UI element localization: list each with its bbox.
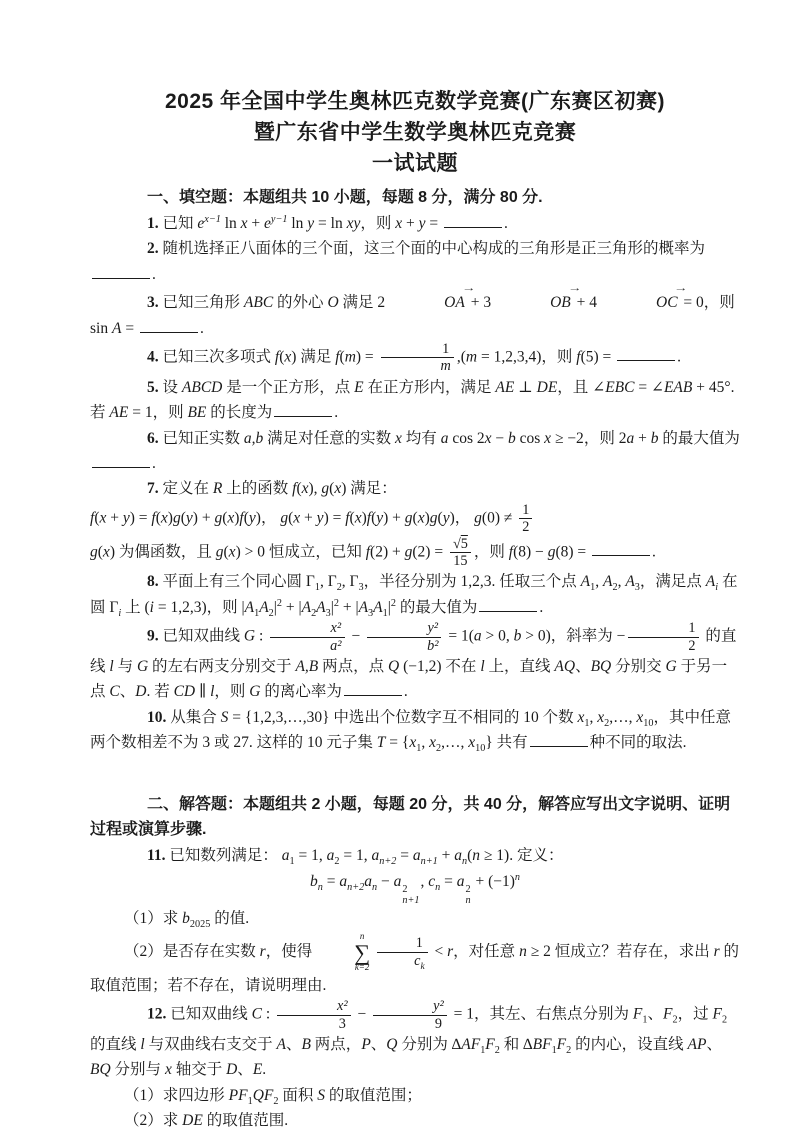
math-text: (2) = — [412, 543, 447, 560]
math-text: = ln — [314, 215, 346, 232]
math-variable: BQ — [90, 1061, 111, 1078]
math-text: (2) + — [370, 543, 405, 560]
math-variable: x — [302, 480, 309, 497]
math-variable: C — [109, 683, 119, 700]
text-run: ，满足点 — [640, 573, 706, 590]
math-text: − — [617, 628, 626, 645]
text-run: 两点， — [311, 1036, 361, 1053]
text-run: ，则 — [584, 430, 619, 447]
question-11-equation: bn = an+2an − a2n+1, cn = a2n + (−1)n — [90, 869, 740, 907]
question-7-conditions: g(x) 为偶函数，且 g(x) > 0 恒成立，已知 f(2) + g(2) … — [90, 536, 740, 570]
math-text: , — [421, 734, 429, 751]
math-variable: Q — [386, 1036, 397, 1053]
text-run: . — [504, 215, 508, 232]
question-6: 6. 已知正实数 a,b 满足对任意的实数 x 均有 a cos 2x − b … — [90, 426, 740, 477]
math-text: < — [431, 943, 448, 960]
math-text: = {1,2,3,…,30} — [228, 709, 329, 726]
text-run: 的取值范围. — [203, 1112, 288, 1129]
answer-blank — [140, 317, 198, 333]
text-run: 是一个正方形，点 — [222, 379, 354, 396]
text-run: ， — [261, 509, 280, 526]
math-variable: QF — [253, 1087, 274, 1104]
math-text: ln — [221, 215, 241, 232]
math-text: Γ — [306, 573, 315, 590]
math-variable: F — [485, 1036, 494, 1053]
text-run: ，则 — [153, 404, 188, 421]
math-text: ∠ — [592, 379, 605, 396]
subscript: n+2 — [379, 856, 396, 867]
text-run: （1）求 — [124, 910, 182, 927]
text-run: 设 — [159, 379, 182, 396]
math-text: − — [377, 873, 394, 890]
math-variable: y — [317, 509, 324, 526]
question-8: 8. 平面上有三个同心圆 Γ1, Γ2, Γ3，半径分别为 1,2,3. 任取三… — [90, 569, 740, 620]
math-variable: g — [321, 480, 329, 497]
math-variable: y — [249, 509, 256, 526]
math-variable: B — [301, 1036, 310, 1053]
math-text: + — [106, 509, 123, 526]
question-7-equations: f(x + y) = f(x)g(y) + g(x)f(y)， g(x + y)… — [90, 502, 740, 536]
text-run: 为偶函数，且 — [115, 543, 216, 560]
text-run: 平面上有三个同心圆 — [159, 573, 306, 590]
text-run: 分别与 — [111, 1061, 165, 1078]
math-variable: x — [161, 509, 168, 526]
fraction: y²b² — [367, 620, 441, 654]
exam-paper: 2025 年全国中学生奥林匹克数学竞赛(广东赛区初赛) 暨广东省中学生数学奥林匹… — [0, 0, 800, 1131]
math-text: cos 2 — [448, 430, 484, 447]
question-1: 1. 已知 ex−1 ln x + ey−1 ln y = ln xy，则 x … — [90, 211, 740, 236]
text-run: 已知数列满足： — [166, 847, 282, 864]
math-text: = ∠ — [634, 379, 663, 396]
text-run: 和 — [500, 1036, 523, 1053]
text-run: 在正方形内，满足 — [364, 379, 496, 396]
text-run: 、 — [237, 1061, 253, 1078]
question-number: 7. — [147, 480, 159, 497]
math-text: sin — [90, 320, 112, 337]
math-text: ,( — [457, 348, 466, 365]
math-text: = 1 — [450, 1006, 474, 1023]
subscript: k — [420, 962, 424, 972]
answer-blank — [444, 212, 502, 228]
math-variable: PF — [229, 1087, 248, 1104]
math-variable: BF — [533, 1036, 552, 1053]
math-variable: BQ — [591, 658, 612, 675]
math-variable: E — [354, 379, 363, 396]
math-variable: F — [557, 1036, 566, 1053]
text-run: （2）是否存在实数 — [124, 943, 260, 960]
math-variable: A — [625, 573, 634, 590]
question-number: 4. — [147, 348, 159, 365]
text-run: ， — [455, 509, 474, 526]
text-run: ，则 — [704, 294, 735, 311]
text-run: . — [152, 266, 156, 283]
radical-icon: √ — [453, 536, 461, 552]
math-text: + 45° — [692, 379, 730, 396]
text-run: . — [677, 348, 681, 365]
text-run: ，过 — [678, 1006, 713, 1023]
math-variable: g — [474, 509, 482, 526]
math-text: − — [354, 1006, 371, 1023]
math-text: ), — [309, 480, 322, 497]
text-run: ，则 — [474, 543, 509, 560]
question-number: 11. — [147, 847, 166, 864]
text-run: （2）求 — [124, 1112, 182, 1129]
text-run: 、 — [120, 683, 136, 700]
math-text: = 1,2,3) — [154, 599, 207, 616]
math-variable: AE — [495, 379, 514, 396]
text-run: . — [334, 404, 338, 421]
math-variable: G — [666, 658, 677, 675]
math-variable: b — [182, 910, 190, 927]
math-variable: x — [418, 509, 425, 526]
math-variable: x — [485, 430, 492, 447]
summation: n∑k=2 — [320, 932, 370, 973]
math-variable: A — [359, 599, 368, 616]
text-run: 的最大值为 — [396, 599, 477, 616]
text-run: 的值. — [210, 910, 249, 927]
vector-arrow: OA — [387, 287, 465, 315]
answer-blank — [530, 731, 588, 747]
exam-title-line-3: 一试试题 — [90, 148, 740, 179]
math-variable: R — [213, 480, 222, 497]
vector-arrow: OB — [493, 287, 571, 315]
answer-blank — [274, 401, 332, 417]
text-run: . — [200, 320, 204, 337]
math-text: 1,2,3 — [461, 573, 492, 590]
text-run: 、 — [371, 1036, 387, 1053]
text-run: 的长度为 — [206, 404, 272, 421]
text-run: ，其左、右焦点分别为 — [474, 1006, 633, 1023]
math-variable: DE — [537, 379, 558, 396]
math-text: + | — [282, 599, 302, 616]
math-variable: m — [466, 348, 477, 365]
math-text: + | — [339, 599, 359, 616]
math-text: > 0) — [521, 628, 550, 645]
text-run: 的直线 — [90, 1036, 140, 1053]
question-12-part-2: （2）求 DE 的取值范围. — [90, 1108, 740, 1131]
text-run: . — [262, 1061, 266, 1078]
text-run: 恒成立？若存在，求出 — [551, 943, 714, 960]
text-run: 已知正实数 — [159, 430, 244, 447]
math-text: (0) ≠ — [482, 509, 516, 526]
math-variable: ABCD — [182, 379, 222, 396]
math-text: + — [402, 215, 419, 232]
math-variable: A — [259, 599, 268, 616]
fraction: 12 — [519, 502, 532, 536]
text-run: 的最大值为 — [658, 430, 739, 447]
sub-superscript: 2n+1 — [402, 885, 419, 906]
text-run: ，半径分别为 — [364, 573, 461, 590]
text-run: . 若 — [146, 683, 173, 700]
text-run: 上的函数 — [222, 480, 292, 497]
answer-blank — [479, 596, 537, 612]
math-text: (8) − — [513, 543, 548, 560]
text-run: 均有 — [402, 430, 441, 447]
math-text: ≥ 2 — [527, 943, 551, 960]
question-10: 10. 从集合 S = {1,2,3,…,30} 中选出个位数字互不相同的 10… — [90, 705, 740, 756]
answer-blank — [92, 263, 150, 279]
text-run: 面积 — [278, 1087, 317, 1104]
text-run: 已知双曲线 — [159, 628, 244, 645]
sub-superscript: 2n — [465, 885, 470, 906]
superscript: n — [515, 872, 520, 883]
text-run: ，且 — [557, 379, 592, 396]
math-text: ∥ — [195, 683, 210, 700]
math-variable: x — [229, 543, 236, 560]
math-variable: y — [186, 509, 193, 526]
math-text: = 1( — [444, 628, 473, 645]
text-run: 满足： — [346, 480, 396, 497]
math-text: ln — [287, 215, 307, 232]
math-text: = — [426, 215, 443, 232]
text-run: 从集合 — [166, 709, 220, 726]
math-text: ⊥ — [514, 379, 536, 396]
math-variable: g — [280, 509, 288, 526]
math-text: , — [595, 573, 603, 590]
math-variable: g — [216, 543, 224, 560]
exam-title-line-1: 2025 年全国中学生奥林匹克数学竞赛(广东赛区初赛) — [90, 86, 740, 117]
math-variable: A — [302, 599, 311, 616]
math-text: = 1, — [295, 847, 327, 864]
text-run: 定义在 — [159, 480, 213, 497]
text-run: 、 — [647, 1006, 663, 1023]
text-run: 、 — [706, 1036, 722, 1053]
math-text: ≥ 1) — [480, 847, 509, 864]
math-variable: AF — [461, 1036, 480, 1053]
math-text: ∆ — [523, 1036, 532, 1053]
subscript: 2 — [722, 1015, 727, 1026]
math-variable: a — [394, 873, 402, 890]
math-variable: D — [226, 1061, 237, 1078]
math-variable: C — [252, 1006, 262, 1023]
question-number: 10. — [147, 709, 166, 726]
math-variable: g — [405, 509, 413, 526]
math-text: cos — [516, 430, 544, 447]
text-run: 分别为 — [398, 1036, 452, 1053]
math-variable: DE — [182, 1112, 203, 1129]
math-variable: F — [712, 1006, 721, 1023]
math-variable: P — [361, 1036, 370, 1053]
text-run: 中选出个位数字互不相同的 10 个数 — [330, 709, 578, 726]
math-variable: A — [276, 1036, 285, 1053]
subscript: 10 — [643, 718, 653, 729]
math-variable: G — [249, 683, 260, 700]
math-text: = 1 — [128, 404, 152, 421]
text-run: 的左右两支分别交于 — [148, 658, 295, 675]
math-text: (−1,2) — [399, 658, 445, 675]
math-variable: a — [339, 873, 347, 890]
math-text: = — [323, 873, 340, 890]
text-run: 恒成立，已知 — [265, 543, 366, 560]
answer-blank — [92, 452, 150, 468]
math-text: = 1,2,3,4) — [477, 348, 541, 365]
question-number: 3. — [147, 294, 159, 311]
math-variable: y — [419, 215, 426, 232]
math-text: : — [255, 628, 267, 645]
math-variable: A — [706, 573, 715, 590]
text-run: . 任取三个点 — [492, 573, 581, 590]
math-variable: A — [581, 573, 590, 590]
math-variable: E — [253, 1061, 262, 1078]
math-variable: n — [519, 943, 527, 960]
question-3: 3. 已知三角形 ABC 的外心 O 满足 2OA + 3OB + 4OC = … — [90, 287, 740, 341]
text-run: . — [652, 543, 656, 560]
question-11-part-1: （1）求 b2025 的值. — [90, 906, 740, 931]
math-variable: a — [474, 628, 482, 645]
text-run: 、 — [575, 658, 591, 675]
math-variable: n — [472, 847, 480, 864]
math-text: ,…, — [609, 709, 636, 726]
section-2-heading: 二、解答题：本题组共 2 小题，每题 20 分，共 40 分，解答应写出文字说明… — [90, 792, 740, 844]
math-variable: BE — [187, 404, 206, 421]
question-7-intro: 7. 定义在 R 上的函数 f(x), g(x) 满足： — [90, 476, 740, 501]
sigma-icon: ∑ — [320, 942, 370, 963]
question-number: 9. — [147, 628, 159, 645]
math-variable: A,B — [295, 658, 318, 675]
text-run: 两点，点 — [318, 658, 388, 675]
math-text: } — [485, 734, 492, 751]
math-variable: A — [373, 599, 382, 616]
subscript: 2025 — [190, 919, 210, 930]
math-text: , Γ — [342, 573, 359, 590]
math-text: = { — [385, 734, 409, 751]
math-variable: x — [429, 734, 436, 751]
text-run: . — [404, 683, 408, 700]
math-variable: EBC — [605, 379, 634, 396]
math-variable: g — [90, 543, 98, 560]
math-variable: ABC — [244, 294, 273, 311]
text-run: 的取值范围； — [325, 1087, 422, 1104]
math-variable: g — [173, 509, 181, 526]
math-text: ) = — [324, 509, 346, 526]
math-text: (5) = — [581, 348, 616, 365]
math-text: − — [492, 430, 509, 447]
math-variable: x — [241, 215, 248, 232]
math-text: = 1, — [340, 847, 372, 864]
text-run: ，斜率为 — [551, 628, 617, 645]
math-variable: AE — [109, 404, 128, 421]
math-variable: G — [137, 658, 148, 675]
math-variable: S — [317, 1087, 325, 1104]
text-run: ，使得 — [266, 943, 316, 960]
question-4: 4. 已知三次多项式 f(x) 满足 f(m) = 1m,(m = 1,2,3,… — [90, 341, 740, 375]
question-number: 12. — [147, 1006, 166, 1023]
math-variable: a,b — [244, 430, 263, 447]
math-text: ≥ −2 — [551, 430, 584, 447]
math-text: = — [440, 873, 457, 890]
section-1-heading: 一、填空题：本题组共 10 小题，每题 8 分，满分 80 分. — [90, 185, 740, 211]
math-variable: Q — [388, 658, 399, 675]
math-text: ) + — [193, 509, 215, 526]
fraction: x²3 — [277, 998, 351, 1032]
math-variable: A — [245, 599, 254, 616]
math-variable: m — [345, 348, 356, 365]
subscript: 10 — [475, 743, 485, 754]
text-run: 与 — [114, 658, 137, 675]
math-variable: a — [413, 847, 421, 864]
text-run: 的离心率为 — [260, 683, 341, 700]
math-variable: G — [244, 628, 255, 645]
text-run: 已知三次多项式 — [159, 348, 275, 365]
subscript: n+2 — [347, 882, 364, 893]
math-variable: CD — [174, 683, 196, 700]
answer-blank — [617, 346, 675, 362]
vector-arrow: OC — [599, 287, 678, 315]
math-text: = — [121, 320, 138, 337]
math-variable: x — [355, 509, 362, 526]
math-text: ,…, — [441, 734, 468, 751]
math-variable: e — [264, 215, 271, 232]
text-run: . — [539, 599, 543, 616]
math-variable: O — [327, 294, 338, 311]
fraction: 12 — [628, 620, 698, 654]
text-run: ，则 — [360, 215, 395, 232]
math-variable: a — [454, 847, 462, 864]
text-run: 已知三角形 — [159, 294, 244, 311]
text-run: 共有 — [493, 734, 528, 751]
fraction: y²9 — [373, 998, 447, 1032]
question-5: 5. 设 ABCD 是一个正方形，点 E 在正方形内，满足 AE ⊥ DE，且 … — [90, 375, 740, 426]
text-run: 、 — [286, 1036, 302, 1053]
text-run: 上 — [121, 599, 144, 616]
math-text: + — [300, 509, 317, 526]
text-run: 满足 — [296, 348, 335, 365]
math-variable: x — [395, 430, 402, 447]
text-run: 轴交于 — [172, 1061, 226, 1078]
superscript: y−1 — [271, 214, 288, 225]
superscript: x−1 — [204, 214, 221, 225]
text-run: ，则 — [214, 683, 249, 700]
text-run: ，则 — [207, 599, 242, 616]
answer-blank — [592, 540, 650, 556]
question-number: 6. — [147, 430, 159, 447]
text-run: 满足 — [339, 294, 378, 311]
math-variable: x — [103, 543, 110, 560]
text-run: . 定义： — [509, 847, 563, 864]
math-text: ∆ — [452, 1036, 461, 1053]
question-number: 8. — [147, 573, 159, 590]
text-run: 满足对任意的实数 — [263, 430, 395, 447]
question-11-part-2: （2）是否存在实数 r，使得 n∑k=21ck < r，对任意 n ≥ 2 恒成… — [90, 932, 740, 999]
text-run: . — [152, 455, 156, 472]
math-variable: A — [316, 599, 325, 616]
fraction: √515 — [450, 536, 471, 570]
math-text: = — [396, 847, 413, 864]
text-run: 种不同的取法. — [590, 734, 687, 751]
text-run: 分别交 — [611, 658, 665, 675]
question-number: 1. — [147, 215, 159, 232]
fraction: 1m — [381, 341, 454, 375]
math-variable: b — [310, 873, 318, 890]
fraction: x²a² — [270, 620, 344, 654]
math-text: > 0, — [482, 628, 514, 645]
math-variable: a — [282, 847, 290, 864]
exam-title-line-2: 暨广东省中学生数学奥林匹克竞赛 — [90, 117, 740, 148]
answer-blank — [344, 681, 402, 697]
math-text: + — [248, 215, 265, 232]
text-run: 的外心 — [273, 294, 327, 311]
math-variable: EAB — [664, 379, 692, 396]
math-variable: x — [165, 1061, 172, 1078]
math-variable: xy — [347, 215, 361, 232]
math-text: ) > 0 — [236, 543, 265, 560]
text-run: 不在 — [445, 658, 480, 675]
question-number: 5. — [147, 379, 159, 396]
fraction: 1ck — [377, 935, 428, 969]
math-text: : — [262, 1006, 274, 1023]
text-run: 的内心，设直线 — [571, 1036, 687, 1053]
math-text: + — [634, 430, 651, 447]
